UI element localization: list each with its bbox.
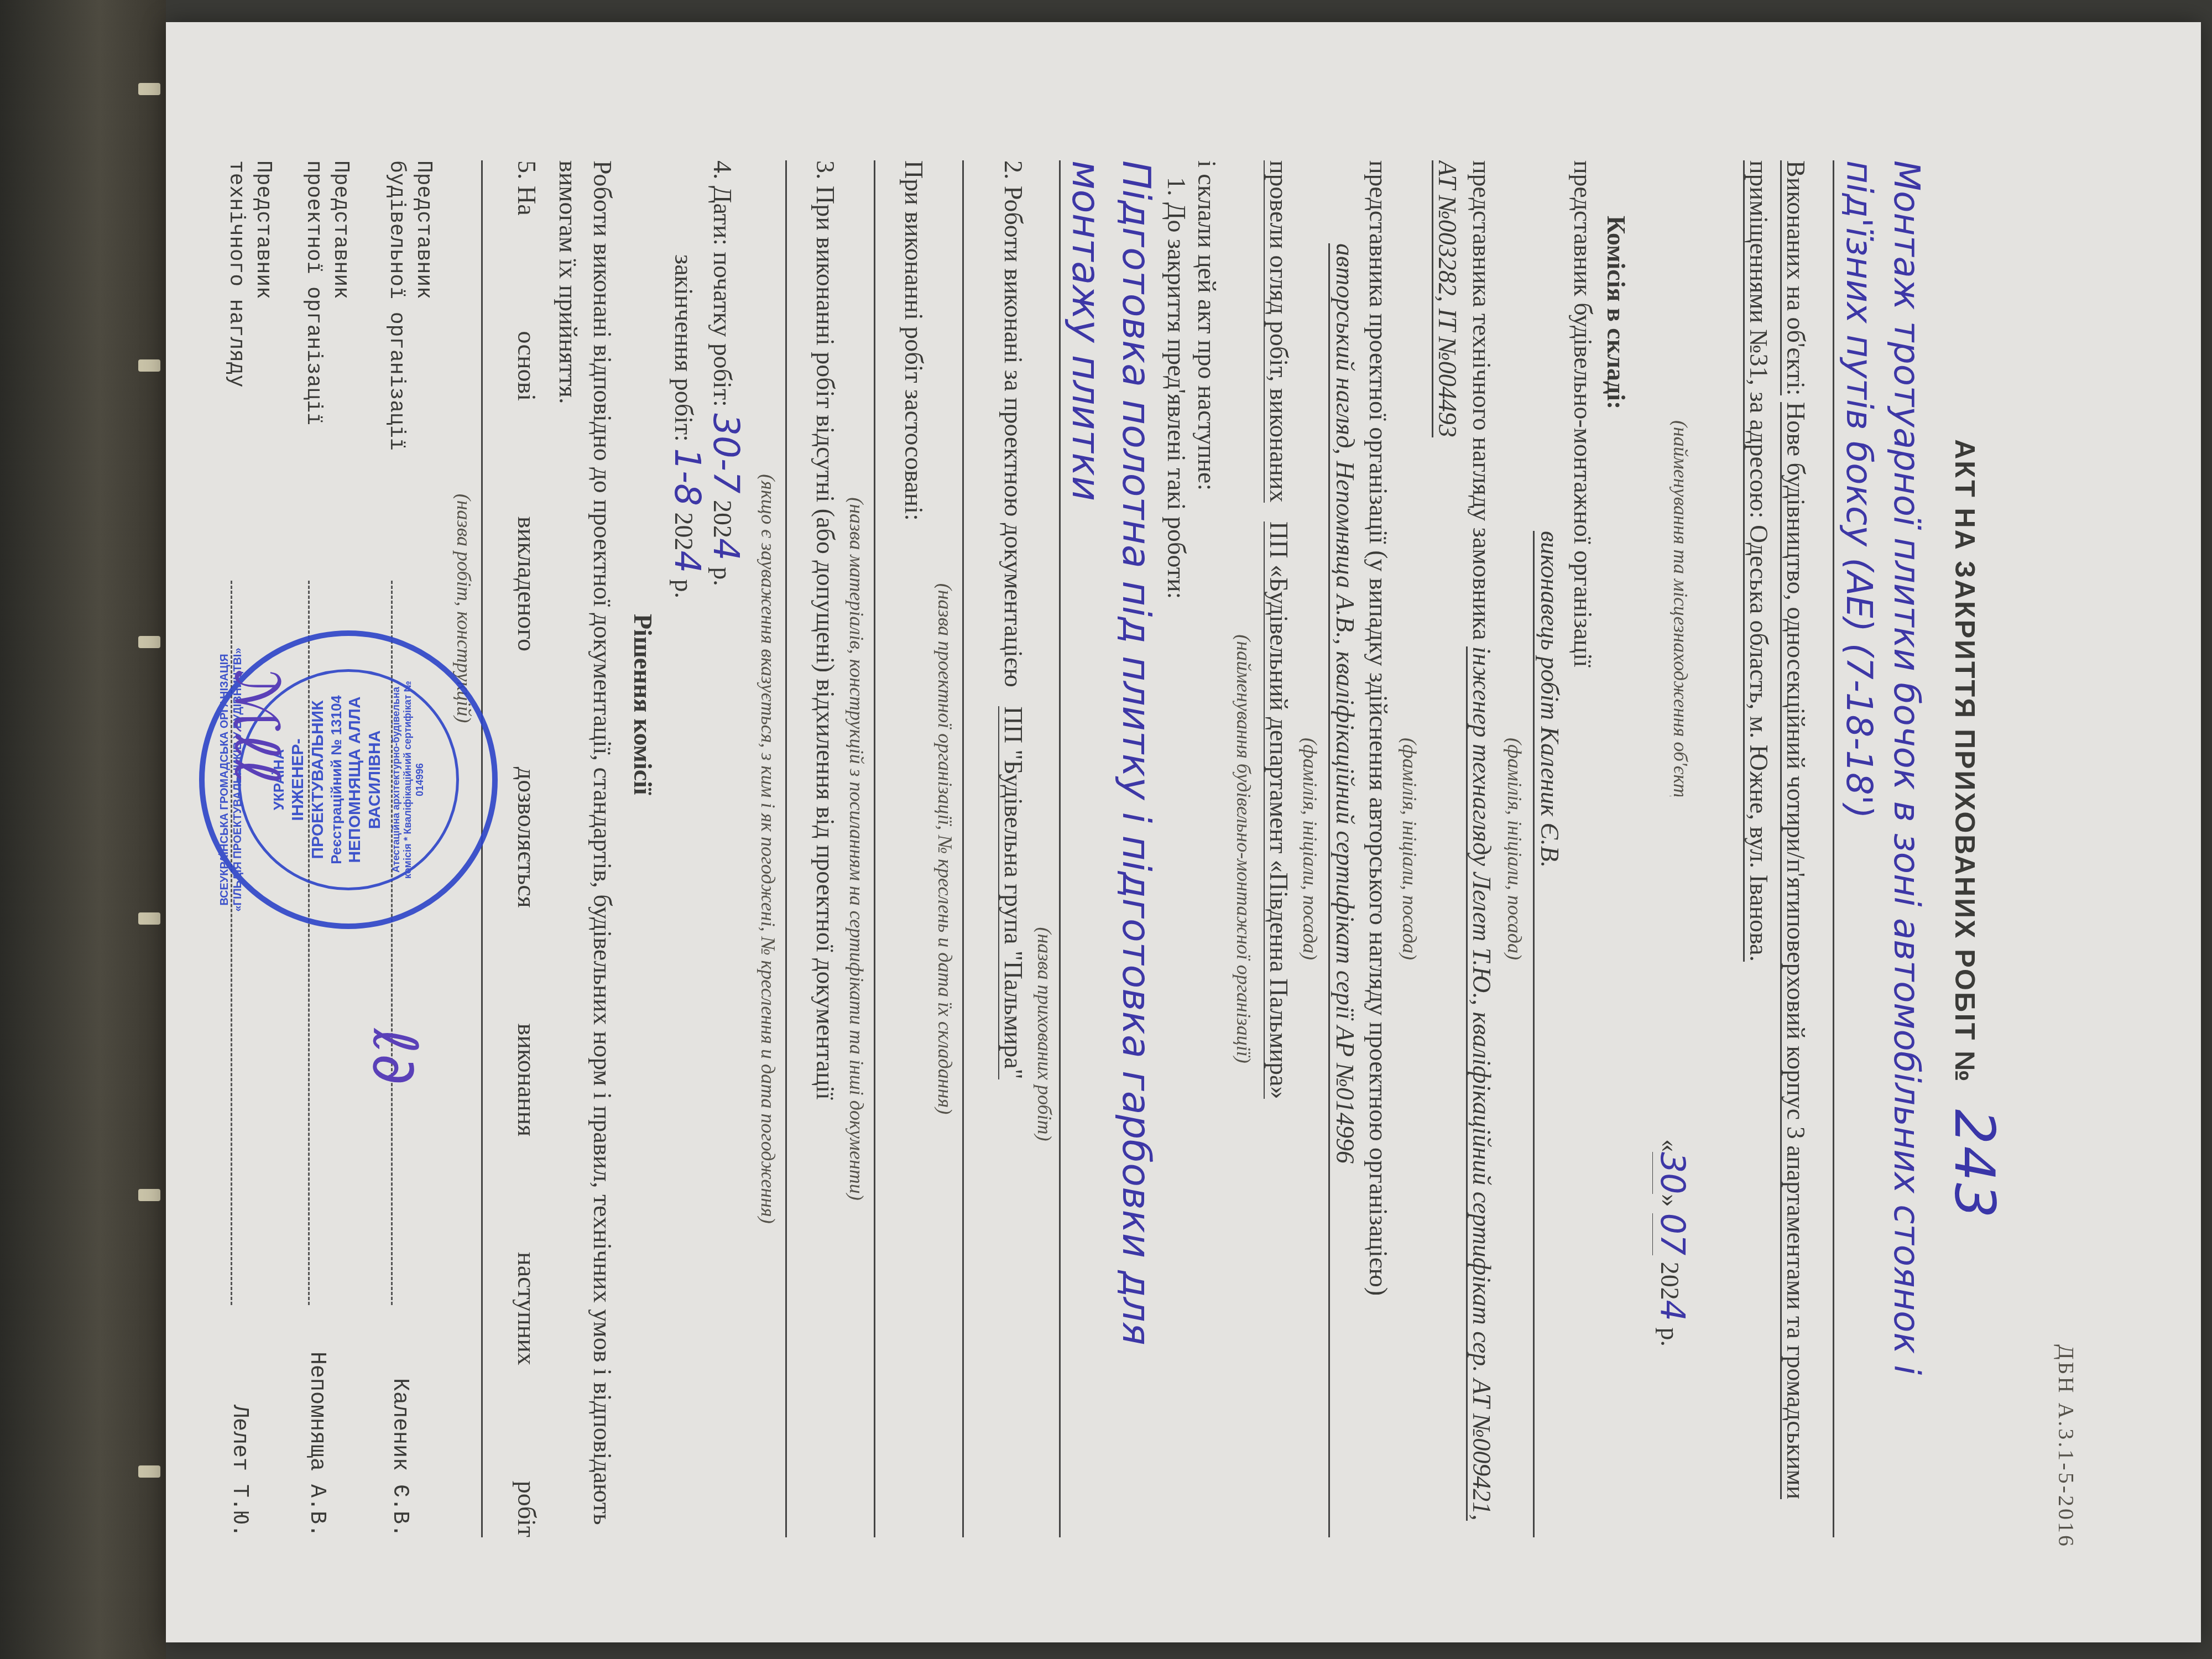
signature-mark-contractor: ℓ∂ xyxy=(358,1029,431,1085)
document-sheet: ДБН А.3.1-5-2016 АКТ НА ЗАКРИТТЯ ПРИХОВА… xyxy=(166,22,2201,1642)
end-year-unit: р. xyxy=(670,580,698,599)
intro-text: і склали цей акт про наступне: xyxy=(1192,160,1222,1537)
item2-label: 2. Роботи виконані за проектною документ… xyxy=(999,160,1027,687)
date-suffix: р. xyxy=(1656,1327,1684,1347)
end-label: закінчення робіт: xyxy=(670,254,698,442)
tech-label: представника технічного нагляду замовник… xyxy=(1468,160,1496,640)
binder-ring xyxy=(138,912,160,925)
inspection-row: провели огляд робіт, виконаних ПП «Будів… xyxy=(1264,160,1294,1537)
form-code: ДБН А.3.1-5-2016 xyxy=(2053,1344,2079,1548)
binder-edge xyxy=(0,0,166,1659)
materials-blank-line xyxy=(874,160,901,1537)
binder-ring xyxy=(138,1465,160,1478)
stamp-line: Атестаційна архітектурно-будівельна комі… xyxy=(390,672,426,888)
decision-text: Роботи виконані відповідно до проектної … xyxy=(551,160,619,1537)
binder-ring xyxy=(138,83,160,95)
start-year-suffix: 4 xyxy=(705,538,746,561)
design-value: авторський нагляд, Непомняща А.В., квалі… xyxy=(1328,243,1360,1537)
end-year-prefix: 202 xyxy=(670,512,698,550)
item5-word: робіт xyxy=(512,1481,542,1537)
item3-label: 3. При виконанні робіт відсутні (або доп… xyxy=(810,160,841,1537)
design-caption: (фамілія, ініціали, посада) xyxy=(1298,160,1322,1537)
tech-supervision: представника технічного нагляду замовник… xyxy=(1430,160,1499,1537)
signatory-name: Лелет Т.Ю. xyxy=(226,1405,252,1537)
end-date-row: закінчення робіт: 1-8 2024 р. xyxy=(665,254,708,1537)
binder-ring xyxy=(138,636,160,648)
contractor-value: виконавець робіт Каленик Є.В. xyxy=(1533,531,1565,1537)
start-date-row: 4. Дати: початку робіт: 30-7 2024 р. xyxy=(704,160,747,1537)
item2-row: 2. Роботи виконані за проектною документ… xyxy=(998,160,1029,1537)
item2-blank-line xyxy=(962,160,990,1537)
start-label: початку робіт: xyxy=(708,252,737,407)
materials-label: При виконанні робіт застосовані: xyxy=(899,160,929,1537)
contractor-label: представник будівельно-монтажної організ… xyxy=(1568,160,1598,1537)
item4-label: 4. Дати: xyxy=(708,160,737,246)
inspection-label: провели огляд робіт, виконаних xyxy=(1264,160,1293,503)
item1-label: 1. До закриття пред'явлені такі роботи: xyxy=(1161,177,1192,1537)
item1-caption: (назва прихованих робіт) xyxy=(1032,531,1056,1537)
design-label: представника проектної організації (у ви… xyxy=(1363,160,1394,1537)
item5-prefix: 5. На xyxy=(512,160,542,216)
item5-word: наступних xyxy=(512,1252,542,1365)
item5-word: викладеного xyxy=(512,517,542,651)
inspection-value: ПП «Будівельний департамент «Південна Па… xyxy=(1264,521,1293,1099)
signature-label: Представниктехнічного нагляду xyxy=(222,160,276,387)
binder-ring xyxy=(138,1189,160,1201)
date-year-suffix: 4 xyxy=(1653,1300,1692,1321)
document-title: АКТ НА ЗАКРИТТЯ ПРИХОВАНИХ РОБІТ № 243 xyxy=(1941,33,2007,1626)
item1-value: Підготовка полотна під плитку і підготов… xyxy=(1059,160,1161,1537)
contractor-caption: (фамілія, ініціали, посада) xyxy=(1503,160,1526,1537)
work-title: Монтаж тротуарної плитки бочок в зоні ав… xyxy=(1833,160,1930,1537)
end-value: 1-8 xyxy=(666,448,707,506)
item3-blank-line xyxy=(785,160,813,1537)
start-year-unit: р. xyxy=(708,567,737,586)
object-description: Виконаних на об'єкті: Нове будівництво, … xyxy=(1740,160,1814,1537)
signature-label: Представникбудівельної організації xyxy=(382,160,437,451)
document-page: ДБН А.3.1-5-2016 АКТ НА ЗАКРИТТЯ ПРИХОВА… xyxy=(199,33,2190,1626)
date-year-prefix: 202 xyxy=(1656,1262,1684,1300)
title-text: АКТ НА ЗАКРИТТЯ ПРИХОВАНИХ РОБІТ № xyxy=(1949,439,1980,1083)
end-year-suffix: 4 xyxy=(666,550,707,573)
decision-heading: Рішення комісії xyxy=(628,614,658,1537)
item5-word: виконання xyxy=(512,1024,542,1137)
item5-word: дозволяється xyxy=(512,767,542,908)
item5-blank-line xyxy=(481,160,509,1537)
signatory-name: Каленик Є.В. xyxy=(386,1378,413,1537)
stamp-line: ІНЖЕНЕР-ПРОЕКТУВАЛЬНИК xyxy=(288,672,328,888)
act-date: «30» 07 2024 р. xyxy=(1652,1139,1692,1537)
item5-row: 5. На основі викладеного дозволяється ви… xyxy=(512,160,542,1537)
inspection-caption: (найменування будівельно-монтажної орган… xyxy=(1232,160,1255,1537)
stamp-line: НЕПОМНЯЩА АЛЛА ВАСИЛІВНА xyxy=(345,672,385,888)
item2-caption: (назва проектної організації, № креслень… xyxy=(933,160,957,1537)
stamp-line: Реєстраційний № 13104 xyxy=(328,695,345,864)
object-prefix: Виконаних на об'єкті: xyxy=(1780,160,1810,395)
start-value: 30-7 xyxy=(705,413,746,493)
materials-caption: (назва матеріалів, конструкцій з посилан… xyxy=(844,160,868,1537)
start-year-prefix: 202 xyxy=(708,500,737,538)
item2-value: ПП "Будівельна група "Пальмира" xyxy=(998,706,1027,1079)
signatory-name: Непомняща А.В. xyxy=(303,1352,330,1537)
date-month: 07 xyxy=(1652,1213,1692,1255)
signature-mark-design: ℳℓℓ xyxy=(220,669,293,785)
date-day: 30 xyxy=(1652,1152,1692,1194)
tech-caption: (фамілія, ініціали, посада) xyxy=(1397,160,1421,1537)
object-caption: (найменування та місцезнаходження об'єкт… xyxy=(1668,420,1692,796)
act-number: 243 xyxy=(1942,1109,2007,1220)
item3-caption: (якщо є зауваження вказується, з ким і я… xyxy=(756,160,780,1537)
binder-ring xyxy=(138,359,160,372)
signature-label: Представникпроектної організації xyxy=(299,160,354,425)
commission-heading: Комісія в складі: xyxy=(1601,216,1631,1537)
item5-word: основі xyxy=(512,331,542,401)
